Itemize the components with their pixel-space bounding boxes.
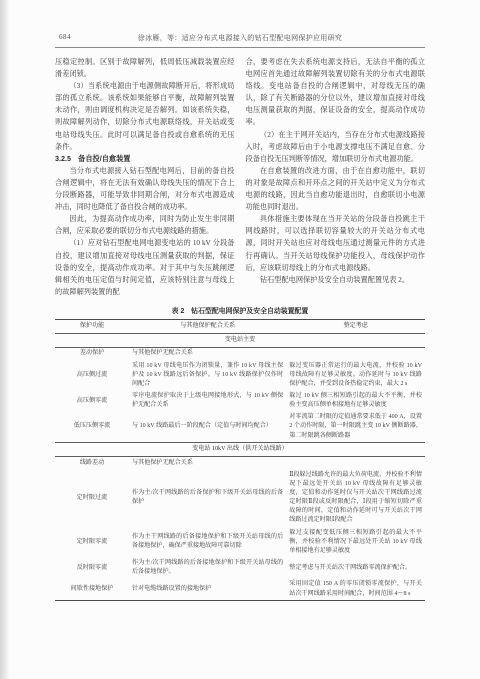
- paper-page: 684 徐冰雁，等：适应分布式电源接入的钻石型配电网保护应用研究 压稳定控制。区…: [0, 0, 480, 679]
- protection-function-cell: 线路差动: [55, 456, 129, 469]
- protection-function-cell: 差动保护: [55, 347, 129, 360]
- protection-function-cell: 低压压侧零流: [55, 412, 129, 443]
- table-row: 差动保护与其他保护无配合关系: [55, 347, 425, 360]
- protection-function-cell: 高压侧过流: [55, 360, 129, 390]
- coordination-cell: 与其他保护无配合关系: [129, 347, 286, 360]
- page-header: 684 徐冰雁，等：适应分布式电源接入的钻石型配电网保护应用研究: [55, 33, 425, 43]
- protection-function-cell: 定时限过流: [55, 469, 129, 527]
- coordination-cell: 作为主/次干网线路的后备接地保护和下级开关站母线的后备接地保护。: [129, 557, 286, 578]
- page-number: 684: [59, 33, 71, 41]
- table-section-row: 变电站主变: [55, 333, 425, 347]
- protection-function-cell: 间歇性接地保护: [55, 579, 129, 601]
- header-rule: [55, 47, 425, 48]
- protection-config-table: 保护功能与其他保护配合关系整定考虑 变电站主变差动保护与其他保护无配合关系高压侧…: [55, 319, 425, 601]
- table-row: 间歇性接地保护针对电缆线路设置的接地保护采用固定值 150 A 的零压闭锁零流保…: [55, 579, 425, 601]
- table-row: 低压压侧零流与 10 kV 线路最后一阶段配合（定值与时间均配合）对零流第二时限…: [55, 412, 425, 443]
- setting-consideration-cell: 整定考虑与开关站次干网线路零流保护配合。: [286, 557, 425, 578]
- right-column: 合，要考虑在失去系统电源支持后，无法自平衡的孤立电网应首先通过故障解列装置切除有…: [246, 56, 426, 298]
- paragraph: 当分布式电源接入钻石型配电网后，目前的备自投合闸逻辑中，将在无法有效确认母线失压…: [55, 165, 235, 213]
- protection-function-cell: 定时限零流: [55, 527, 129, 557]
- coordination-cell: 作为主干网线路的后备接地保护和下级开关站母线的后备接地保护，确保严重接地故障可靠…: [129, 527, 286, 557]
- table-header-row: 保护功能与其他保护配合关系整定考虑: [55, 319, 425, 333]
- paragraph: 因此，为提高动作成功率，同时为防止发生非同期合闸，应采取必要的联切分布式电源线路…: [55, 213, 235, 237]
- table-body: 变电站主变差动保护与其他保护无配合关系高压侧过流采用 10 kV 母线电压作为闭…: [55, 333, 425, 600]
- table-section-label: 变电站主变: [55, 333, 425, 347]
- table-section-label: 变电站 10kV 出线（供开关站线路）: [55, 443, 425, 457]
- setting-consideration-cell: 对零流第二时限的定值通常要求低于 400 A，设置 2 个动作时限，第一时限跳主…: [286, 412, 425, 443]
- paragraph: （3）当系统电源由于电源侧故障断开后，将形成局部的孤立系统。该系统如果能够自平衡…: [55, 80, 235, 153]
- paragraph: 具体措施主要体现在当开关站的分段备自投跳主干网线路时，可以选择联切容量较大的开关…: [246, 213, 426, 273]
- left-column: 压稳定控制。区别于故障解列，低周低压减载装置应经滑差闭锁。（3）当系统电源由于电…: [55, 56, 235, 298]
- paragraph: 合，要考虑在失去系统电源支持后，无法自平衡的孤立电网应首先通过故障解列装置切除有…: [246, 56, 426, 129]
- setting-consideration-cell: [286, 456, 425, 469]
- coordination-cell: 采用 10 kV 母线电压作为闭锁量，兼作 10 kV 母线主保护及 10 kV…: [129, 360, 286, 390]
- setting-consideration-cell: 躲过变压器正常运行的最大电流，并校验 10 kV 母线故障有足够灵敏度。动作延时…: [286, 360, 425, 390]
- scan-edge-shadow: [0, 0, 9, 679]
- page-content: 684 徐冰雁，等：适应分布式电源接入的钻石型配电网保护应用研究 压稳定控制。区…: [55, 0, 425, 601]
- table-section-row: 变电站 10kV 出线（供开关站线路）: [55, 443, 425, 457]
- setting-consideration-cell: Ⅱ段躲过线路允许的最大负荷电流，并校验不利情况下最远处开关站 10 kV 母线故…: [286, 469, 425, 527]
- table-row: 反时限零流作为主/次干网线路的后备接地保护和下级开关站母线的后备接地保护。整定考…: [55, 557, 425, 578]
- two-column-body: 压稳定控制。区别于故障解列，低周低压减载装置应经滑差闭锁。（3）当系统电源由于电…: [55, 56, 425, 298]
- table-row: 高压侧零流零序电流保护取决于上级电网接地形式，与 10 kV 侧保护无配合关系躲…: [55, 390, 425, 411]
- coordination-cell: 针对电缆线路设置的接地保护: [129, 579, 286, 601]
- table-header-row: 保护功能与其他保护配合关系整定考虑: [55, 319, 425, 333]
- running-title: 徐冰雁，等：适应分布式电源接入的钻石型配电网保护应用研究: [55, 33, 425, 43]
- column-header: 与其他保护配合关系: [129, 319, 286, 333]
- coordination-cell: 零序电流保护取决于上级电网接地形式，与 10 kV 侧保护无配合关系: [129, 390, 286, 411]
- coordination-cell: 与 10 kV 线路最后一阶段配合（定值与时间均配合）: [129, 412, 286, 443]
- coordination-cell: 与其他保护无配合关系: [129, 456, 286, 469]
- paragraph: 在自愈装置的改进方面，由于在自愈功能中，联切的对象是故障点和开环点之间的开关站中…: [246, 165, 426, 213]
- setting-consideration-cell: 躲过支接配变低压侧三相短路引起的最大不平衡，并校验不利情况下最远处开关站 10 …: [286, 527, 425, 557]
- coordination-cell: 作为主/次干网线路的后备保护和下级开关站母线的后备保护: [129, 469, 286, 527]
- paragraph: 钻石型配电网保护及安全自动装置配置见表 2。: [246, 274, 426, 286]
- table-row: 线路差动与其他保护无配合关系: [55, 456, 425, 469]
- table-title: 表 2 钻石型配电网保护及安全自动装置配置: [55, 305, 425, 315]
- protection-function-cell: 高压侧零流: [55, 390, 129, 411]
- section-heading: 3.2.5 备自投/自愈装置: [55, 153, 235, 165]
- setting-consideration-cell: [286, 347, 425, 360]
- protection-function-cell: 反时限零流: [55, 557, 129, 578]
- table-2-block: 表 2 钻石型配电网保护及安全自动装置配置 保护功能与其他保护配合关系整定考虑 …: [55, 305, 425, 601]
- paragraph: 压稳定控制。区别于故障解列，低周低压减载装置应经滑差闭锁。: [55, 56, 235, 80]
- table-row: 定时限零流作为主干网线路的后备接地保护和下级开关站母线的后备接地保护，确保严重接…: [55, 527, 425, 557]
- paragraph: （2）在主干网开关站内，当存在分布式电源线路接入时，考虑故障后由于小电源支撑电压…: [246, 129, 426, 165]
- paragraph: （1）应对钻石型配电网电源变电站的 10 kV 分段备自投，建议增加直接对母线电…: [55, 237, 235, 297]
- table-row: 定时限过流作为主/次干网线路的后备保护和下级开关站母线的后备保护Ⅱ段躲过线路允许…: [55, 469, 425, 527]
- table-row: 高压侧过流采用 10 kV 母线电压作为闭锁量，兼作 10 kV 母线主保护及 …: [55, 360, 425, 390]
- setting-consideration-cell: 采用固定值 150 A 的零压闭锁零流保护，与开关站次干网线路采用时间配合，时间…: [286, 579, 425, 601]
- setting-consideration-cell: 躲过 10 kV 侧三相短路引起的最大不平衡，并校验主变高压侧单相接地有足够灵敏…: [286, 390, 425, 411]
- column-header: 保护功能: [55, 319, 129, 333]
- column-header: 整定考虑: [286, 319, 425, 333]
